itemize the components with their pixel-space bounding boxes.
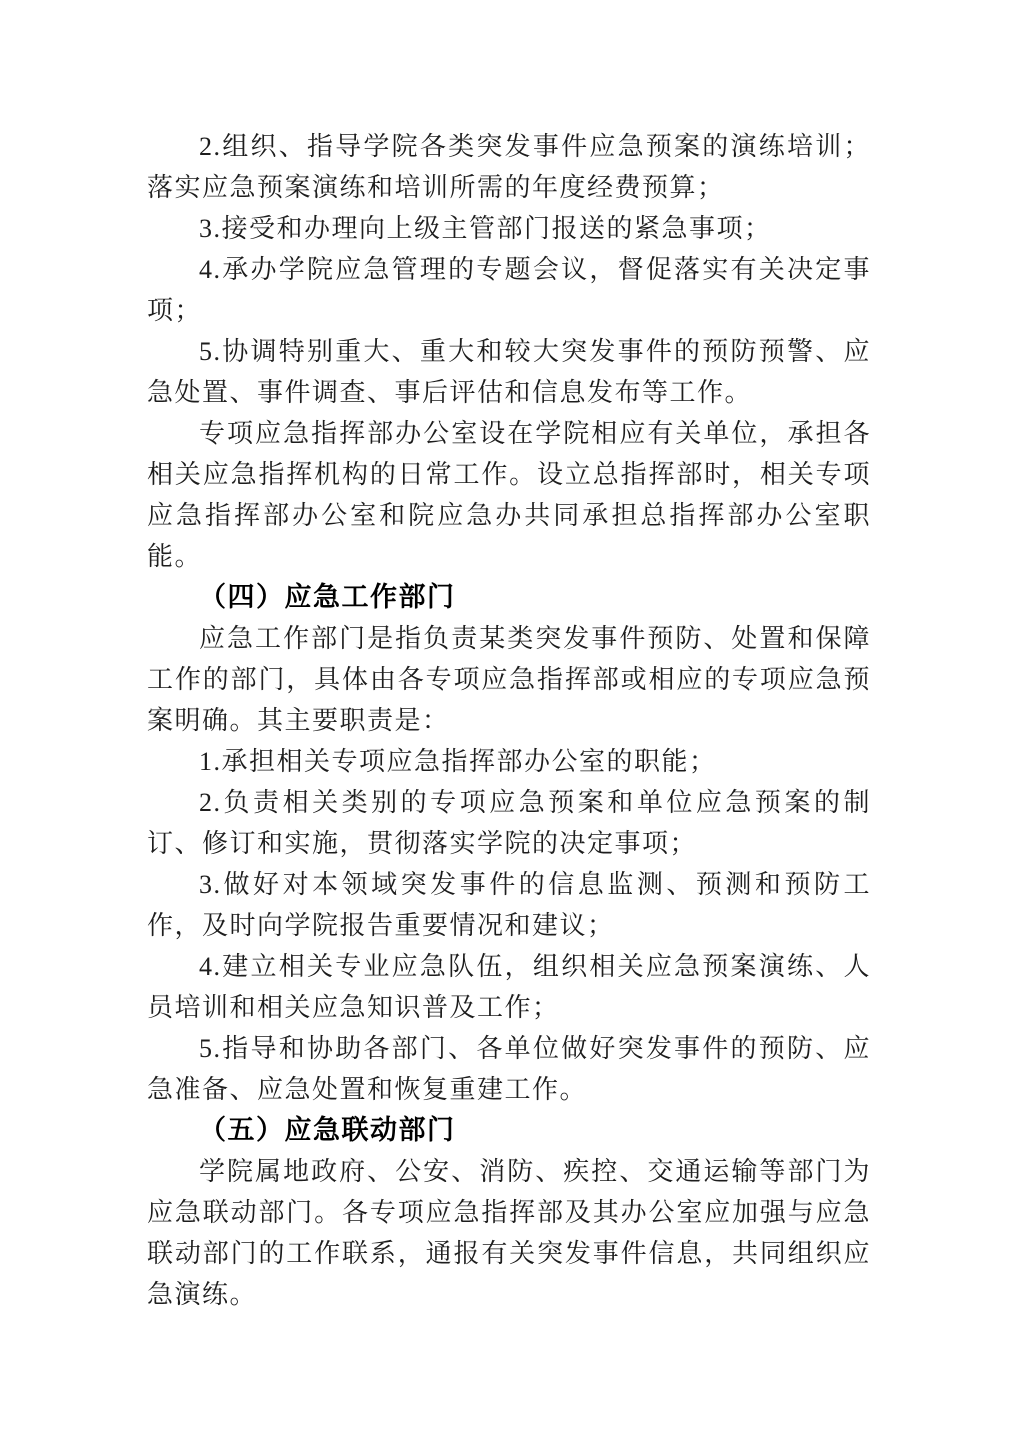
paragraph-work-dept-duty-2: 2.负责相关类别的专项应急预案和单位应急预案的制订、修订和实施，贯彻落实学院的决… xyxy=(147,782,871,864)
paragraph-work-dept-intro: 应急工作部门是指负责某类突发事件预防、处置和保障工作的部门，具体由各专项应急指挥… xyxy=(147,618,871,741)
document-page: 2.组织、指导学院各类突发事件应急预案的演练培训；落实应急预案演练和培训所需的年… xyxy=(0,0,1024,1448)
paragraph-item-2-duties: 2.组织、指导学院各类突发事件应急预案的演练培训；落实应急预案演练和培训所需的年… xyxy=(147,126,871,208)
paragraph-item-4-duties: 4.承办学院应急管理的专题会议，督促落实有关决定事项； xyxy=(147,249,871,331)
paragraph-item-3-duties: 3.接受和办理向上级主管部门报送的紧急事项； xyxy=(147,208,871,249)
section-heading-five: （五）应急联动部门 xyxy=(147,1110,871,1151)
paragraph-special-command-office: 专项应急指挥部办公室设在学院相应有关单位，承担各相关应急指挥机构的日常工作。设立… xyxy=(147,413,871,577)
paragraph-work-dept-duty-3: 3.做好对本领域突发事件的信息监测、预测和预防工作，及时向学院报告重要情况和建议… xyxy=(147,864,871,946)
paragraph-work-dept-duty-5: 5.指导和协助各部门、各单位做好突发事件的预防、应急准备、应急处置和恢复重建工作… xyxy=(147,1028,871,1110)
paragraph-work-dept-duty-1: 1.承担相关专项应急指挥部办公室的职能； xyxy=(147,741,871,782)
paragraph-item-5-duties: 5.协调特别重大、重大和较大突发事件的预防预警、应急处置、事件调查、事后评估和信… xyxy=(147,331,871,413)
paragraph-linkage-dept: 学院属地政府、公安、消防、疾控、交通运输等部门为应急联动部门。各专项应急指挥部及… xyxy=(147,1151,871,1315)
paragraph-work-dept-duty-4: 4.建立相关专业应急队伍，组织相关应急预案演练、人员培训和相关应急知识普及工作； xyxy=(147,946,871,1028)
section-heading-four: （四）应急工作部门 xyxy=(147,577,871,618)
document-text-block: 2.组织、指导学院各类突发事件应急预案的演练培训；落实应急预案演练和培训所需的年… xyxy=(147,126,871,1315)
